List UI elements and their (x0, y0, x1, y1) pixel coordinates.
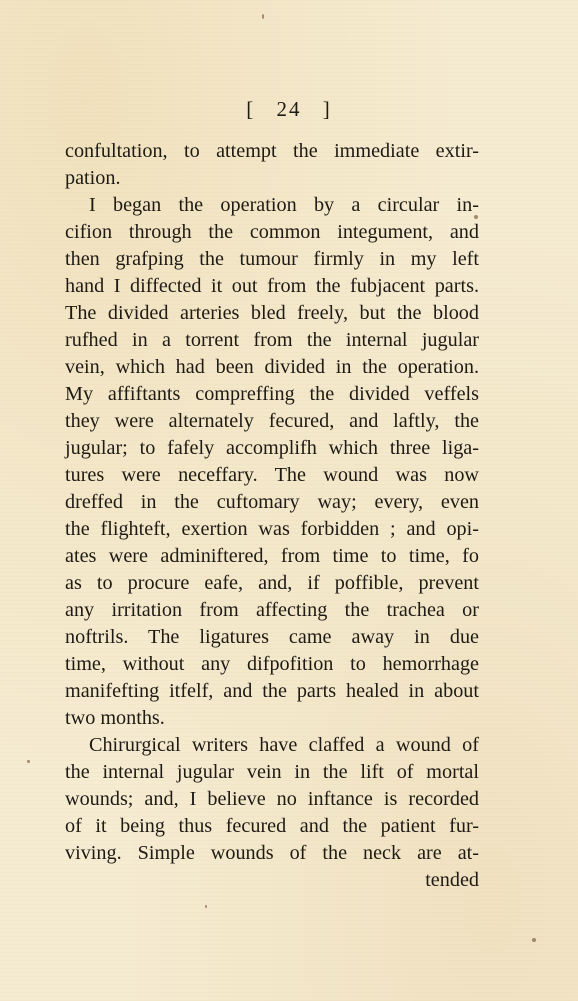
paper-speck (205, 905, 207, 908)
text-line: then grafping the tumour firmly in my le… (65, 246, 479, 273)
page-header: [ 24 ] (0, 97, 578, 122)
text-line: hand I diffected it out from the fubjace… (65, 273, 479, 300)
book-page: [ 24 ] confultation, to attempt the imme… (0, 0, 578, 1001)
text-line: My affiftants compreffing the divided ve… (65, 381, 479, 408)
text-line: jugular; to fafely accomplifh which thre… (65, 435, 479, 462)
text-line: The divided arteries bled freely, but th… (65, 300, 479, 327)
text-line: of it being thus fecured and the patient… (65, 813, 479, 840)
text-line: any irritation from affecting the trache… (65, 597, 479, 624)
paragraph-start-line: I began the operation by a circular in- (65, 192, 479, 219)
header-close-bracket: ] (323, 97, 332, 122)
text-line: the internal jugular vein in the lift of… (65, 759, 479, 786)
text-line: as to procure eafe, and, if poffible, pr… (65, 570, 479, 597)
text-line: manifefting itfelf, and the parts healed… (65, 678, 479, 705)
text-line: wounds; and, I believe no inftance is re… (65, 786, 479, 813)
text-line: cifion through the common integument, an… (65, 219, 479, 246)
page-number: 24 (277, 97, 302, 121)
body-text: confultation, to attempt the immediate e… (65, 138, 479, 894)
text-line: rufhed in a torrent from the internal ju… (65, 327, 479, 354)
paper-speck (27, 760, 30, 763)
text-line: confultation, to attempt the immediate e… (65, 138, 479, 165)
text-line: pation. (65, 165, 479, 192)
text-line: dreffed in the cuftomary way; every, eve… (65, 489, 479, 516)
paragraph-start-line: Chirurgical writers have claffed a wound… (65, 732, 479, 759)
text-line: noftrils. The ligatures came away in due (65, 624, 479, 651)
text-line: vein, which had been divided in the oper… (65, 354, 479, 381)
paper-speck (262, 14, 264, 19)
text-line: they were alternately fecured, and laftl… (65, 408, 479, 435)
text-line: time, without any difpofition to hemorrh… (65, 651, 479, 678)
paper-speck (474, 215, 478, 219)
paper-speck (532, 938, 536, 942)
text-line: the flighteft, exertion was forbidden ; … (65, 516, 479, 543)
text-line: viving. Simple wounds of the neck are at… (65, 840, 479, 867)
header-open-bracket: [ (246, 97, 255, 122)
catchword: tended (65, 867, 479, 894)
text-line: ates were adminiftered, from time to tim… (65, 543, 479, 570)
text-line: two months. (65, 705, 479, 732)
text-line: tures were neceffary. The wound was now (65, 462, 479, 489)
